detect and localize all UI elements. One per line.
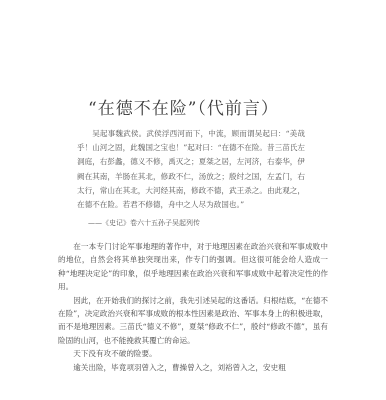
body-text: 在一本专门讨论军事地理的著作中，对于地理因素在政治兴衰和军事成败中的地位，自然会… xyxy=(58,240,328,374)
paragraph: 天下没有攻不破的险要。 xyxy=(58,347,328,360)
paragraph: 在一本专门讨论军事地理的著作中，对于地理因素在政治兴衰和军事成败中的地位，自然会… xyxy=(58,240,328,294)
epigraph-quote: 吴起事魏武侯。武侯浮西河而下，中流，顾而谓吴起曰：“美哉乎！山河之固，此魏国之宝… xyxy=(77,127,305,212)
paragraph: 逾关出险，毕竟项羽曾入之，曹操曾入之，刘裕曾入之，安史粗 xyxy=(58,361,328,374)
paragraph: 因此，在开始我们的探讨之前，我先引述吴起的这番话。归根结底，“在德不在险”，决定… xyxy=(58,294,328,348)
page-title: “在德不在险”（代前言） xyxy=(88,94,279,119)
epigraph-source: ——《史记》卷六十五孙子吴起列传 xyxy=(88,218,200,228)
epigraph-text: 吴起事魏武侯。武侯浮西河而下，中流，顾而谓吴起曰：“美哉乎！山河之固，此魏国之宝… xyxy=(77,127,305,212)
